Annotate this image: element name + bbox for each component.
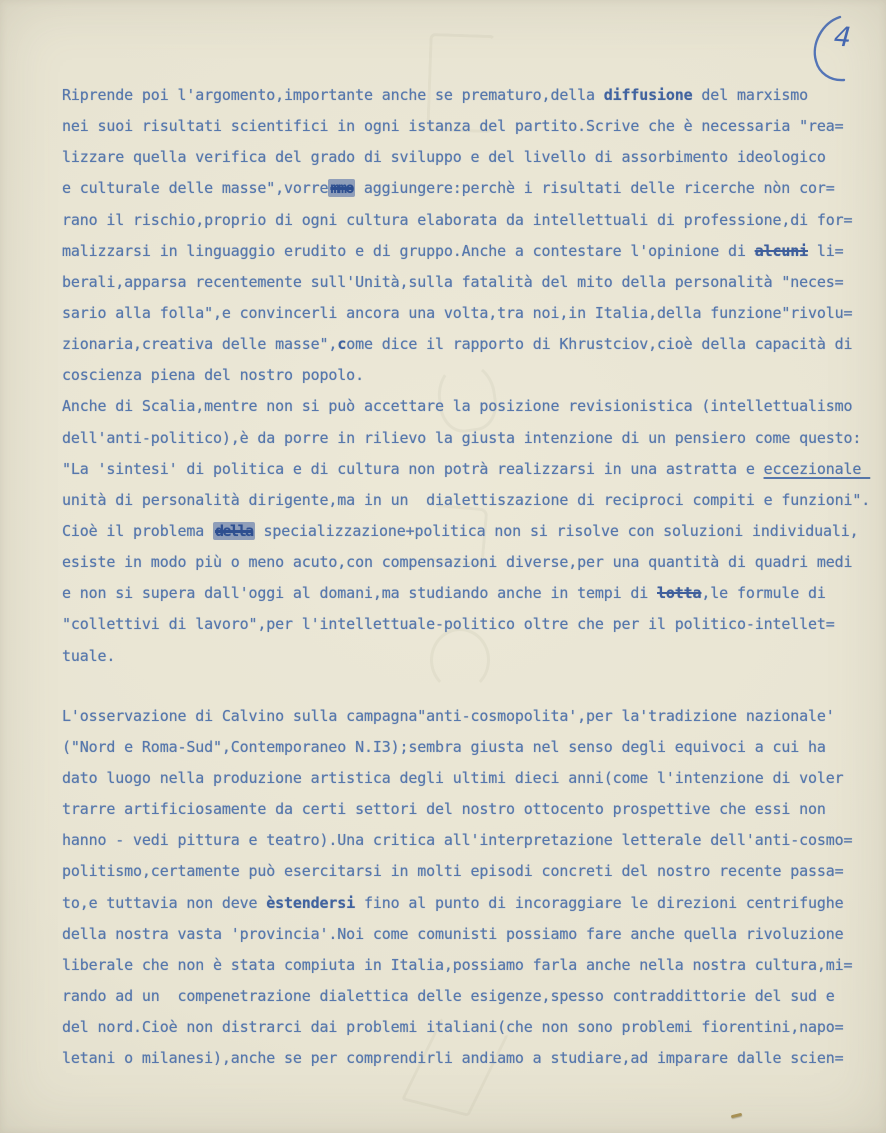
typed-text: li= <box>808 242 844 260</box>
text-line: rano il rischio,proprio di ogni cultura … <box>62 205 880 236</box>
crossed-word: alcuni <box>755 242 808 260</box>
underlined-word: eccezionale <box>764 460 871 478</box>
typed-text: berali,apparsa recentemente sull'Unità,s… <box>62 273 844 291</box>
handwritten-page-number: 4 <box>798 12 878 90</box>
text-line: dell'anti-politico),è da porre in riliev… <box>62 423 880 454</box>
typed-text: coscienza piena del nostro popolo. <box>62 366 364 384</box>
text-line: trarre artificiosamente da certi settori… <box>62 794 880 825</box>
typed-text: nei suoi risultati scientifici in ogni i… <box>62 117 844 135</box>
typed-text: specializzazione+politica non si risolve… <box>255 522 859 540</box>
typed-text: esiste in modo più o meno acuto,con comp… <box>62 553 852 571</box>
typed-text: rando ad un compenetrazione dialettica d… <box>62 987 835 1005</box>
typed-text: ,le formule di <box>701 584 825 602</box>
text-line: letani o milanesi),anche se per comprend… <box>62 1043 880 1074</box>
typed-text: dell'anti-politico),è da porre in riliev… <box>62 429 861 447</box>
text-line: malizzarsi in linguaggio erudito e di gr… <box>62 236 880 267</box>
typed-text: Anche di Scalia,mentre non si può accett… <box>62 397 852 415</box>
typed-text: zionaria,creativa delle masse", <box>62 335 337 353</box>
text-line: politismo,certamente può esercitarsi in … <box>62 856 880 887</box>
text-line: hanno - vedi pittura e teatro).Una criti… <box>62 825 880 856</box>
typed-text: hanno - vedi pittura e teatro).Una criti… <box>62 831 852 849</box>
typed-text: malizzarsi in linguaggio erudito e di gr… <box>62 242 755 260</box>
text-line: zionaria,creativa delle masse",come dice… <box>62 329 880 360</box>
typed-text: fino al punto di incoraggiare le direzio… <box>355 894 843 912</box>
typed-text: e non si supera dall'oggi al domani,ma s… <box>62 584 657 602</box>
text-line: dato luogo nella produzione artistica de… <box>62 763 880 794</box>
text-line: lizzare quella verifica del grado di svi… <box>62 142 880 173</box>
typed-text: "La 'sintesi' di politica e di cultura n… <box>62 460 764 478</box>
text-line: Riprende poi l'argomento,importante anch… <box>62 80 880 111</box>
typed-text: liberale che non è stata compiuta in Ita… <box>62 956 852 974</box>
text-line: del nord.Cioè non distrarci dai problemi… <box>62 1012 880 1043</box>
text-line: coscienza piena del nostro popolo. <box>62 360 880 391</box>
text-line: sario alla folla",e convincerli ancora u… <box>62 298 880 329</box>
text-line: Cioè il problema della specializzazione+… <box>62 516 880 547</box>
typed-text: letani o milanesi),anche se per comprend… <box>62 1049 844 1067</box>
typed-text: ("Nord e Roma-Sud",Contemporaneo N.I3);s… <box>62 738 826 756</box>
text-line: to,e tuttavia non deve èstendersi fino a… <box>62 888 880 919</box>
typed-text: del nord.Cioè non distrarci dai problemi… <box>62 1018 844 1036</box>
text-line: Anche di Scalia,mentre non si può accett… <box>62 391 880 422</box>
text-line: berali,apparsa recentemente sull'Unità,s… <box>62 267 880 298</box>
typed-text: diffusione <box>604 86 693 104</box>
typed-text: rano il rischio,proprio di ogni cultura … <box>62 211 852 229</box>
struck-out-word: mmo <box>328 179 355 197</box>
typed-text: L'osservazione di Calvino sulla campagna… <box>62 707 835 725</box>
typed-text: tuale. <box>62 647 115 665</box>
typed-text: politismo,certamente può esercitarsi in … <box>62 862 844 880</box>
typed-text: Riprende poi l'argomento,importante anch… <box>62 86 604 104</box>
typed-text: ome dice il rapporto di Khrustciov,cioè … <box>346 335 852 353</box>
text-line: unità di personalità dirigente,ma in un … <box>62 485 880 516</box>
scanned-typewritten-page: 4 Riprende poi l'argomento,importante an… <box>0 0 886 1133</box>
text-line: esiste in modo più o meno acuto,con comp… <box>62 547 880 578</box>
text-line: tuale. <box>62 641 880 672</box>
text-line: "collettivi di lavoro",per l'intellettua… <box>62 609 880 640</box>
typed-text: del marxismo <box>693 86 808 104</box>
text-line: e non si supera dall'oggi al domani,ma s… <box>62 578 880 609</box>
text-line: della nostra vasta 'provincia'.Noi come … <box>62 919 880 950</box>
text-line: L'osservazione di Calvino sulla campagna… <box>62 701 880 732</box>
typed-text: c <box>337 335 346 353</box>
typed-text: e culturale delle masse",vorre <box>62 179 328 197</box>
paragraph: L'osservazione di Calvino sulla campagna… <box>62 701 880 1075</box>
typed-text: to,e tuttavia non deve <box>62 894 266 912</box>
typed-text: dato luogo nella produzione artistica de… <box>62 769 844 787</box>
typed-text: trarre artificiosamente da certi settori… <box>62 800 826 818</box>
typed-text: aggiungere:perchè i risultati delle rice… <box>355 179 835 197</box>
document-text: Riprende poi l'argomento,importante anch… <box>62 80 880 1074</box>
typed-text: unità di personalità dirigente,ma in un … <box>62 491 870 509</box>
text-line: ("Nord e Roma-Sud",Contemporaneo N.I3);s… <box>62 732 880 763</box>
crossed-word: lotta <box>657 584 701 602</box>
text-line: nei suoi risultati scientifici in ogni i… <box>62 111 880 142</box>
typed-text: della nostra vasta 'provincia'.Noi come … <box>62 925 844 943</box>
struck-out-word: della <box>213 522 255 540</box>
text-line: "La 'sintesi' di politica e di cultura n… <box>62 454 880 485</box>
typed-text: "collettivi di lavoro",per l'intellettua… <box>62 615 835 633</box>
paragraph: Riprende poi l'argomento,importante anch… <box>62 80 880 672</box>
typed-text: Cioè il problema <box>62 522 213 540</box>
typed-text: èstendersi <box>266 894 355 912</box>
text-line: rando ad un compenetrazione dialettica d… <box>62 981 880 1012</box>
text-line: e culturale delle masse",vorremmo aggiun… <box>62 173 880 204</box>
page-number-digit: 4 <box>833 21 852 53</box>
typed-text: lizzare quella verifica del grado di svi… <box>62 148 826 166</box>
ink-speck <box>731 1113 742 1119</box>
typed-text: sario alla folla",e convincerli ancora u… <box>62 304 852 322</box>
text-line: liberale che non è stata compiuta in Ita… <box>62 950 880 981</box>
